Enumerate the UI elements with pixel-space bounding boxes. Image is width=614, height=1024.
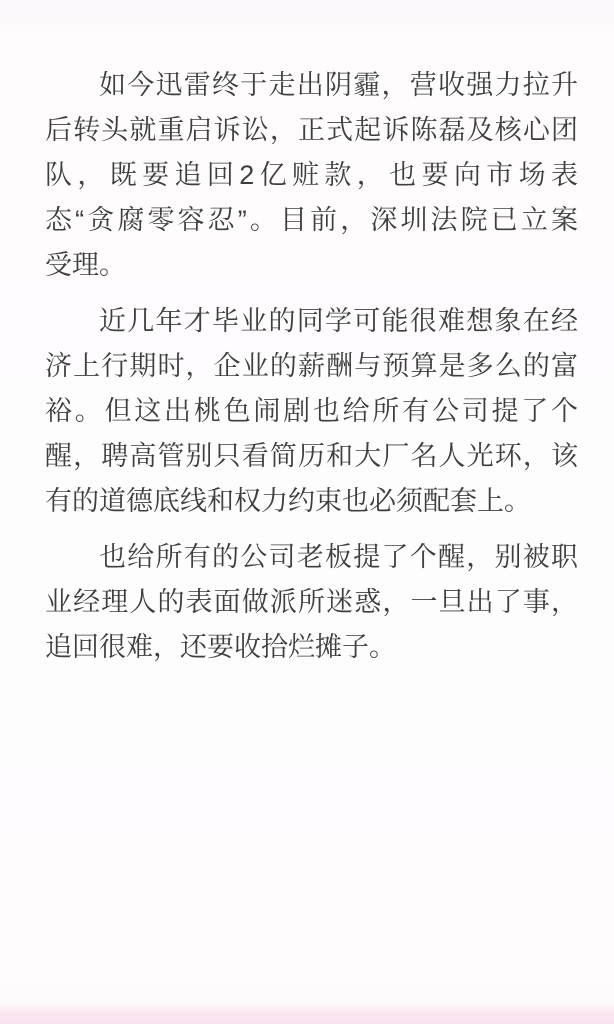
text-line: 也给所有的公司老板提了个醒，别被职 (45, 535, 578, 580)
paragraph: 近几年才毕业的同学可能很难想象在经济上行期时，企业的薪酬与预算是多么的富裕。但这… (45, 299, 578, 524)
text-line: 裕。但这出桃色闹剧也给所有公司提了个 (45, 389, 578, 434)
text-line: 态“贪腐零容忍”。目前，深圳法院已立案 (45, 198, 578, 243)
text-line: 近几年才毕业的同学可能很难想象在经 (45, 299, 578, 344)
text-line: 有的道德底线和权力约束也必须配套上。 (45, 479, 578, 524)
text-line: 醒，聘高管别只看简历和大厂名人光环，该 (45, 434, 578, 479)
text-line: 济上行期时，企业的薪酬与预算是多么的富 (45, 344, 578, 389)
paragraph: 如今迅雷终于走出阴霾，营收强力拉升后转头就重启诉讼，正式起诉陈磊及核心团队，既要… (45, 63, 578, 288)
text-line: 队，既要追回2亿赃款，也要向市场表 (45, 153, 578, 198)
text-line: 追回很难，还要收拾烂摊子。 (45, 625, 578, 670)
page: 如今迅雷终于走出阴霾，营收强力拉升后转头就重启诉讼，正式起诉陈磊及核心团队，既要… (0, 0, 614, 1024)
text-line: 业经理人的表面做派所迷惑，一旦出了事， (45, 580, 578, 625)
text-line: 受理。 (45, 243, 578, 288)
paragraph: 也给所有的公司老板提了个醒，别被职业经理人的表面做派所迷惑，一旦出了事，追回很难… (45, 535, 578, 670)
article-text: 如今迅雷终于走出阴霾，营收强力拉升后转头就重启诉讼，正式起诉陈磊及核心团队，既要… (45, 63, 578, 681)
text-line: 后转头就重启诉讼，正式起诉陈磊及核心团 (45, 108, 578, 153)
footer-accent-bar (0, 1004, 614, 1024)
text-line: 如今迅雷终于走出阴霾，营收强力拉升 (45, 63, 578, 108)
